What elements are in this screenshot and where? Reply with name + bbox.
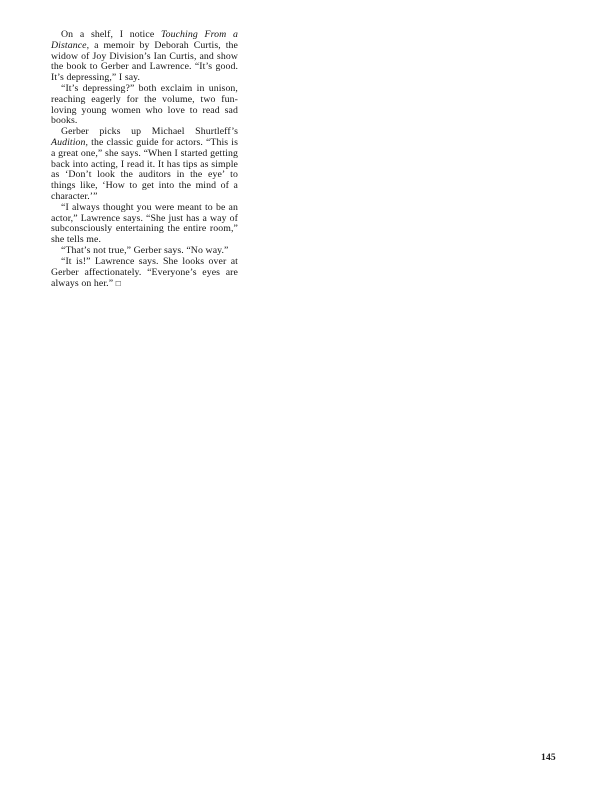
paragraph: “I always thought you were meant to be a…: [51, 203, 238, 246]
book-title-italic: Audition,: [51, 137, 88, 148]
article-text-column: On a shelf, I notice Touching From a Dis…: [51, 30, 238, 290]
page-number: 145: [541, 753, 561, 763]
text-segment: “I always thought you were meant to be a…: [51, 202, 238, 245]
paragraph: “It is!” Lawrence says. She looks over a…: [51, 257, 238, 290]
paragraph: “It’s depressing?” both exclaim in uniso…: [51, 84, 238, 127]
text-segment: “It is!” Lawrence says. She looks over a…: [51, 256, 238, 290]
paragraph: On a shelf, I notice Touching From a Dis…: [51, 30, 238, 84]
end-of-article-mark: □: [116, 278, 121, 288]
text-segment: Gerber picks up Michael Shurtleff’s: [61, 126, 238, 137]
magazine-page: On a shelf, I notice Touching From a Dis…: [0, 0, 589, 800]
text-segment: On a shelf, I notice: [61, 29, 161, 40]
text-segment: “That’s not true,” Gerber says. “No way.…: [61, 245, 229, 256]
text-segment: “It’s depressing?” both exclaim in uniso…: [51, 83, 238, 126]
paragraph: Gerber picks up Michael Shurtleff’s Audi…: [51, 127, 238, 203]
